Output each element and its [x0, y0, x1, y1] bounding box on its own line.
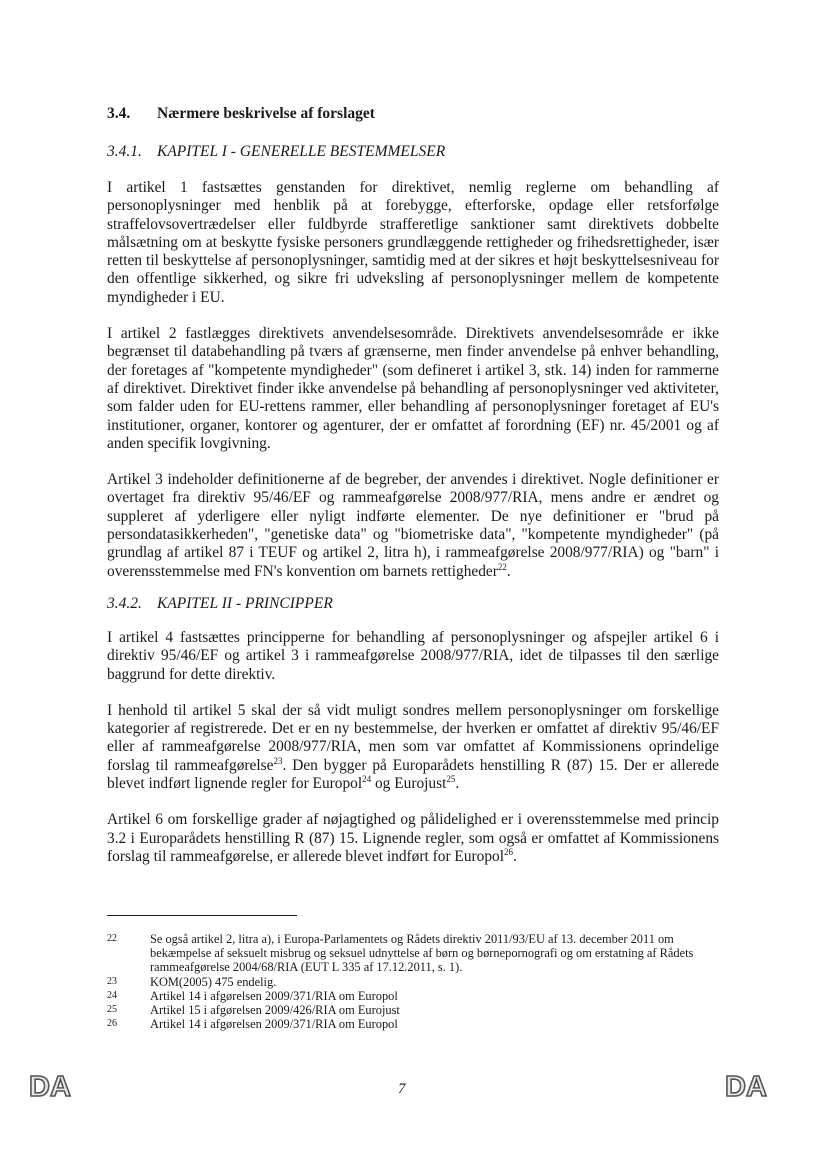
- subsection-heading-2: 3.4.2.KAPITEL II - PRINCIPPER: [107, 595, 719, 615]
- footnote-number: 23: [107, 975, 150, 989]
- footnotes: 22 Se også artikel 2, litra a), i Europa…: [107, 932, 719, 1031]
- section-heading: 3.4.Nærmere beskrivelse af forslaget: [107, 105, 719, 125]
- document-page: 3.4.Nærmere beskrivelse af forslaget 3.4…: [0, 0, 826, 1169]
- footnote-text: Artikel 14 i afgørelsen 2009/371/RIA om …: [150, 989, 719, 1003]
- page-content: 3.4.Nærmere beskrivelse af forslaget 3.4…: [107, 105, 719, 866]
- section-number: 3.4.: [107, 105, 157, 123]
- section-title: Nærmere beskrivelse af forslaget: [157, 105, 375, 122]
- footnote-ref-24[interactable]: 24: [362, 774, 371, 784]
- paragraph-article-3: Artikel 3 indeholder definitionerne af d…: [107, 471, 719, 581]
- subsection-number: 3.4.2.: [107, 595, 157, 613]
- paragraph-article-4: I artikel 4 fastsættes principperne for …: [107, 629, 719, 684]
- footnote-ref-26[interactable]: 26: [504, 847, 513, 857]
- paragraph-article-1: I artikel 1 fastsættes genstanden for di…: [107, 179, 719, 307]
- footnote-text: Se også artikel 2, litra a), i Europa-Pa…: [150, 932, 719, 975]
- footnote-ref-22[interactable]: 22: [498, 562, 507, 572]
- footnote-text: KOM(2005) 475 endelig.: [150, 975, 719, 989]
- paragraph-article-2: I artikel 2 fastlægges direktivets anven…: [107, 325, 719, 453]
- footnote-number: 26: [107, 1017, 150, 1031]
- footnote-25: 25 Artikel 15 i afgørelsen 2009/426/RIA …: [107, 1003, 719, 1017]
- footnote-22: 22 Se også artikel 2, litra a), i Europa…: [107, 932, 719, 975]
- footnote-number: 25: [107, 1003, 150, 1017]
- footnote-24: 24 Artikel 14 i afgørelsen 2009/371/RIA …: [107, 989, 719, 1003]
- paragraph-article-6: Artikel 6 om forskellige grader af nøjag…: [107, 811, 719, 866]
- footnote-23: 23 KOM(2005) 475 endelig.: [107, 975, 719, 989]
- footnote-text: Artikel 15 i afgørelsen 2009/426/RIA om …: [150, 1003, 719, 1017]
- footnote-text: Artikel 14 i afgørelsen 2009/371/RIA om …: [150, 1017, 719, 1031]
- page-number: 7: [398, 1081, 406, 1098]
- footnote-separator: [107, 915, 297, 916]
- footnote-number: 24: [107, 989, 150, 1003]
- language-code-right: DA: [725, 1071, 767, 1104]
- footnote-26: 26 Artikel 14 i afgørelsen 2009/371/RIA …: [107, 1017, 719, 1031]
- subsection-number: 3.4.1.: [107, 143, 157, 161]
- paragraph-article-5: I henhold til artikel 5 skal der så vidt…: [107, 702, 719, 793]
- language-code-left: DA: [29, 1071, 71, 1104]
- footnote-number: 22: [107, 932, 150, 975]
- subsection-title: KAPITEL II - PRINCIPPER: [157, 595, 333, 612]
- subsection-title: KAPITEL I - GENERELLE BESTEMMELSER: [157, 143, 445, 160]
- subsection-heading-1: 3.4.1.KAPITEL I - GENERELLE BESTEMMELSER: [107, 143, 719, 163]
